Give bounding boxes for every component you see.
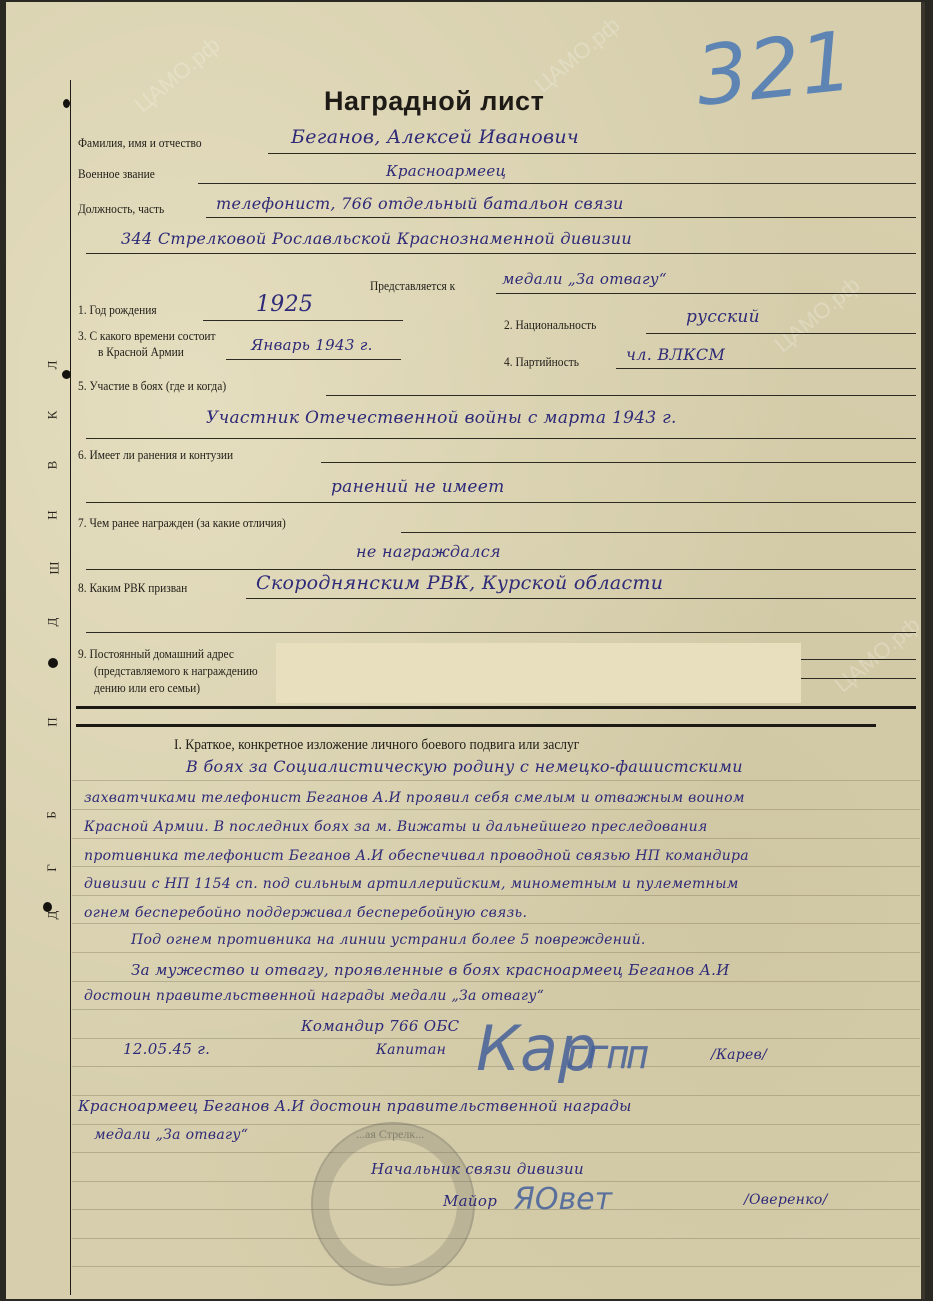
margin-letter: Ш (47, 561, 63, 574)
label-prior-awards: 7. Чем ранее награжден (за какие отличия… (78, 515, 286, 531)
label-award: Представляется к (370, 278, 455, 294)
archive-number: 321 (691, 14, 857, 125)
document-title: Наградной лист (324, 86, 544, 117)
field-line (86, 502, 916, 503)
feat-line: достоин правительственной награды медали… (84, 988, 544, 1004)
watermark: ЦАМО.рф (770, 272, 865, 358)
field-line (86, 253, 916, 254)
label-address-2: (представляемого к награждению (94, 663, 258, 679)
stamp-text: ...ая Стрелк... (356, 1127, 424, 1142)
label-service-since: 3. С какого времени состоит (78, 328, 216, 344)
field-line (616, 368, 916, 369)
feat-line: За мужество и отвагу, проявленные в боях… (131, 961, 730, 979)
value-battles: Участник Отечественной войны с марта 194… (206, 408, 677, 428)
ink-blot (48, 658, 58, 668)
label-nationality: 2. Национальность (504, 317, 596, 333)
field-line (496, 293, 916, 294)
label-party: 4. Партийность (504, 354, 579, 370)
field-line (246, 598, 916, 599)
margin-letter: К (44, 411, 60, 420)
chief-rank: Майор (443, 1192, 497, 1210)
field-line (226, 359, 401, 360)
label-address: 9. Постоянный домашний адрес (78, 646, 234, 662)
chief-title: Начальник связи дивизии (371, 1160, 584, 1178)
watermark: ЦАМО.рф (830, 612, 925, 698)
feat-heading: I. Краткое, конкретное изложение личного… (174, 737, 579, 754)
ink-blot (43, 902, 52, 912)
conclusion-line1: Красноармеец Беганов А.И достоин правите… (78, 1097, 632, 1115)
award-sheet-page: ЦАМО.рф ЦАМО.рф ЦАМО.рф ЦАМО.рф Л К В Н … (6, 2, 925, 1299)
margin-letter: Б (44, 811, 60, 818)
feat-line: Красной Армии. В последних боях за м. Ви… (84, 819, 708, 835)
feat-line: огнем бесперебойно поддерживал бесперебо… (84, 905, 527, 921)
field-line (86, 438, 916, 439)
conclusion-line2: медали „За отвагу“ (94, 1127, 248, 1143)
value-party: чл. ВЛКСМ (626, 345, 725, 364)
label-rank: Военное звание (78, 166, 155, 182)
value-award: медали „За отвагу“ (502, 270, 667, 288)
redacted-address (276, 643, 801, 703)
label-wounds: 6. Имеет ли ранения и контузии (78, 447, 233, 463)
field-line (801, 659, 916, 660)
value-rvk: Скороднянским РВК, Курской области (256, 572, 663, 594)
field-line (86, 632, 916, 633)
commander-name: /Карев/ (711, 1047, 767, 1063)
value-birth-year: 1925 (256, 292, 313, 317)
field-line (198, 183, 916, 184)
feat-line: захватчиками телефонист Беганов А.И проя… (84, 790, 745, 806)
margin-letter: П (45, 717, 61, 726)
commander-signature-flourish: ᴦᴦᴨᴨ (566, 1032, 646, 1078)
value-service-since: Январь 1943 г. (251, 336, 373, 354)
field-line (203, 320, 403, 321)
margin-letter: Л (44, 361, 60, 370)
ink-blot (63, 99, 70, 108)
value-wounds: ранений не имеет (331, 477, 505, 497)
margin-letter: В (44, 461, 60, 470)
feat-line: дивизии с НП 1154 сп. под сильным артилл… (84, 876, 739, 892)
commander-date: 12.05.45 г. (123, 1040, 210, 1058)
label-address-3: дению или его семьи) (94, 680, 200, 696)
field-line (326, 395, 916, 396)
label-full-name: Фамилия, имя и отчество (78, 135, 202, 151)
commander-rank: Капитан (376, 1042, 446, 1058)
value-full-name: Беганов, Алексей Иванович (291, 126, 579, 148)
watermark: ЦАМО.рф (130, 32, 225, 118)
feat-line: Под огнем противника на линии устранил б… (131, 932, 646, 948)
field-line (206, 217, 916, 218)
value-position-line2: 344 Стрелковой Рославльской Краснознамен… (121, 229, 632, 248)
label-position: Должность, часть (78, 201, 164, 217)
value-nationality: русский (686, 307, 760, 327)
label-birth-year: 1. Год рождения (78, 302, 157, 318)
margin-letter: Д (44, 618, 60, 627)
margin-letter: Г (44, 864, 60, 872)
field-line (801, 678, 916, 679)
field-line (401, 532, 916, 533)
chief-name: /Оверенко/ (744, 1192, 828, 1208)
label-service-since-2: в Красной Армии (98, 344, 184, 360)
value-prior-awards: не награждался (356, 542, 501, 561)
feat-line: противника телефонист Беганов А.И обеспе… (84, 848, 749, 864)
section-divider (76, 724, 876, 727)
value-position-line1: телефонист, 766 отдельный батальон связи (216, 194, 624, 213)
value-rank: Красноармеец (386, 162, 506, 180)
commander-title: Командир 766 ОБС (301, 1017, 459, 1035)
margin-rule (70, 80, 71, 1295)
chief-signature: ЯОвет (514, 1182, 612, 1217)
label-battles: 5. Участие в боях (где и когда) (78, 378, 226, 394)
field-line (268, 153, 916, 154)
ink-blot (62, 370, 71, 379)
field-line (321, 462, 916, 463)
feat-line: В боях за Социалистическую родину с неме… (186, 757, 743, 776)
label-rvk: 8. Каким РВК призван (78, 580, 187, 596)
margin-letter: Н (45, 510, 61, 519)
field-line (86, 569, 916, 570)
field-line (646, 333, 916, 334)
section-divider (76, 706, 916, 709)
